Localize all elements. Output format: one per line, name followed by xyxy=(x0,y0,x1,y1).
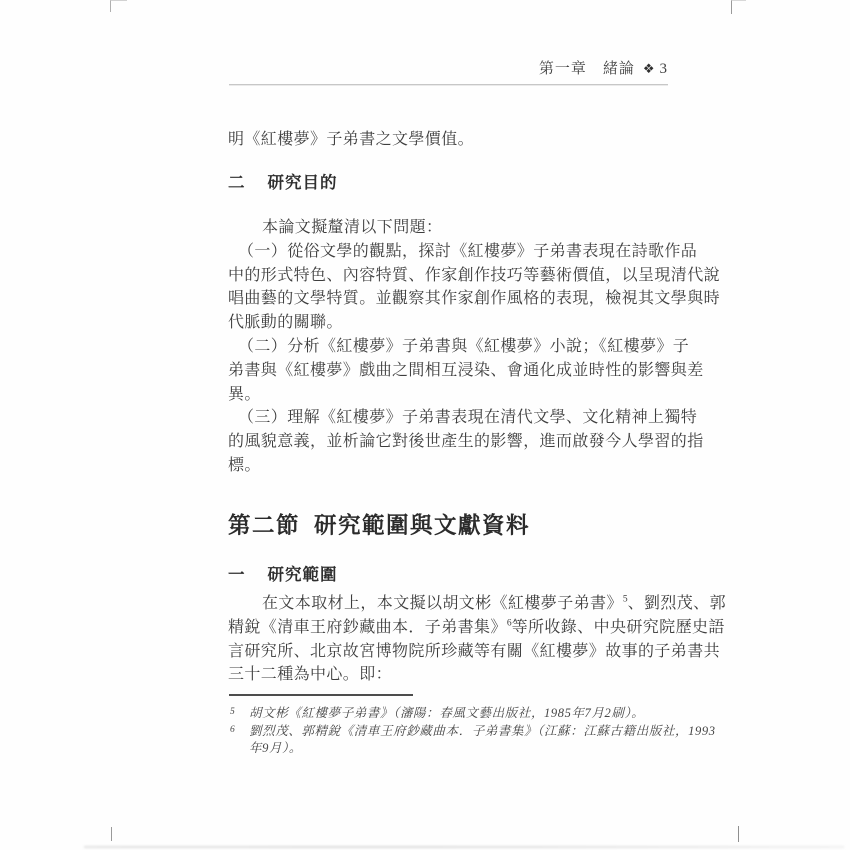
research-scope-paragraph: 在文本取材上，本文擬以胡文彬《紅樓夢子弟書》5、劉烈茂、郭 精銳《清車王府鈔藏曲… xyxy=(228,592,726,687)
heading-number: 二 xyxy=(228,174,246,192)
paragraph-line: （一）從俗文學的觀點，探討《紅樓夢》子弟書表現在詩歌作品 xyxy=(228,240,720,264)
crop-mark-top-right-icon xyxy=(731,0,746,14)
paragraph-line: 本論文擬釐清以下問題： xyxy=(228,216,720,240)
crop-mark-top-left-icon xyxy=(110,0,127,12)
heading-research-purpose: 二研究目的 xyxy=(228,169,338,193)
crop-mark-bottom-left-icon xyxy=(111,827,112,841)
footnote-5: 5 胡文彬《紅樓夢子弟書》（瀋陽：春風文藝出版社，1985年7月2刷）。 xyxy=(230,705,668,723)
footnote-6: 6 劉烈茂、郭精銳《清車王府鈔藏曲本．子弟書集》（江蘇：江蘇古籍出版社，1993… xyxy=(230,723,668,758)
paragraph-line: 言研究所、北京故宮博物院所珍藏等有關《紅樓夢》故事的子弟書共 xyxy=(228,640,726,664)
paragraph-line: 三十二種為中心。即： xyxy=(228,663,726,687)
line-text: 、劉烈茂、郭 xyxy=(628,595,726,612)
section-number: 第二節 xyxy=(228,513,300,538)
heading-section-two: 第二節研究範圍與文獻資料 xyxy=(228,508,530,540)
paragraph-line: 弟書與《紅樓夢》戲曲之間相互浸染、會通化成並時性的影響與差 xyxy=(228,359,720,383)
section-title: 研究範圍與文獻資料 xyxy=(314,513,530,538)
paragraph-line: 異。 xyxy=(228,383,720,407)
paragraph-line: 標。 xyxy=(228,454,720,478)
diamond-ornament-icon: ❖ xyxy=(643,61,656,76)
footnote-number: 6 xyxy=(230,722,235,740)
heading-number: 一 xyxy=(228,566,246,584)
paragraph-line: 精銳《清車王府鈔藏曲本．子弟書集》6等所收錄、中央研究院歷史語 xyxy=(228,616,726,640)
paragraph-line: 的風貌意義，並析論它對後世產生的影響，進而啟發今人學習的指 xyxy=(228,430,720,454)
line-text: 等所收錄、中央研究院歷史語 xyxy=(512,619,725,636)
footnote-text: 胡文彬《紅樓夢子弟書》（瀋陽：春風文藝出版社，1985年7月2刷）。 xyxy=(249,705,668,723)
footnote-number: 5 xyxy=(230,704,235,722)
paragraph-line: 代脈動的關聯。 xyxy=(228,311,720,335)
scanned-book-page: 第一章 緒論❖3 明《紅樓夢》子弟書之文學價值。 二研究目的 本論文擬釐清以下問… xyxy=(0,0,850,850)
running-head-rule xyxy=(229,84,668,85)
page-edge-shadow xyxy=(84,846,844,848)
paragraph-line: （二）分析《紅樓夢》子弟書與《紅樓夢》小說；《紅樓夢》子 xyxy=(228,335,720,359)
footnote-separator-rule xyxy=(229,694,413,696)
line-text: 精銳《清車王府鈔藏曲本．子弟書集》 xyxy=(228,619,507,636)
running-head: 第一章 緒論❖3 xyxy=(228,57,668,78)
heading-title: 研究範圍 xyxy=(268,566,338,584)
footnote-text: 年9月）。 xyxy=(249,740,668,758)
research-purpose-paragraphs: 本論文擬釐清以下問題： （一）從俗文學的觀點，探討《紅樓夢》子弟書表現在詩歌作品… xyxy=(228,216,720,478)
heading-title: 研究目的 xyxy=(268,174,338,192)
footnote-text: 劉烈茂、郭精銳《清車王府鈔藏曲本．子弟書集》（江蘇：江蘇古籍出版社，1993 xyxy=(249,723,668,741)
carryover-line: 明《紅樓夢》子弟書之文學價值。 xyxy=(228,128,474,152)
crop-mark-bottom-right-icon xyxy=(738,826,739,842)
page-number: 3 xyxy=(660,61,669,77)
paragraph-line: 中的形式特色、內容特質、作家創作技巧等藝術價值，以呈現清代說 xyxy=(228,264,720,288)
footnotes: 5 胡文彬《紅樓夢子弟書》（瀋陽：春風文藝出版社，1985年7月2刷）。 6 劉… xyxy=(230,705,668,758)
paragraph-line: 在文本取材上，本文擬以胡文彬《紅樓夢子弟書》5、劉烈茂、郭 xyxy=(228,592,726,616)
running-head-chapter: 第一章 緒論 xyxy=(539,61,635,77)
line-text: 在文本取材上，本文擬以胡文彬《紅樓夢子弟書》 xyxy=(262,595,623,612)
heading-research-scope: 一研究範圍 xyxy=(228,561,338,585)
paragraph-line: （三）理解《紅樓夢》子弟書表現在清代文學、文化精神上獨特 xyxy=(228,406,720,430)
paragraph-line: 唱曲藝的文學特質。並觀察其作家創作風格的表現，檢視其文學與時 xyxy=(228,287,720,311)
